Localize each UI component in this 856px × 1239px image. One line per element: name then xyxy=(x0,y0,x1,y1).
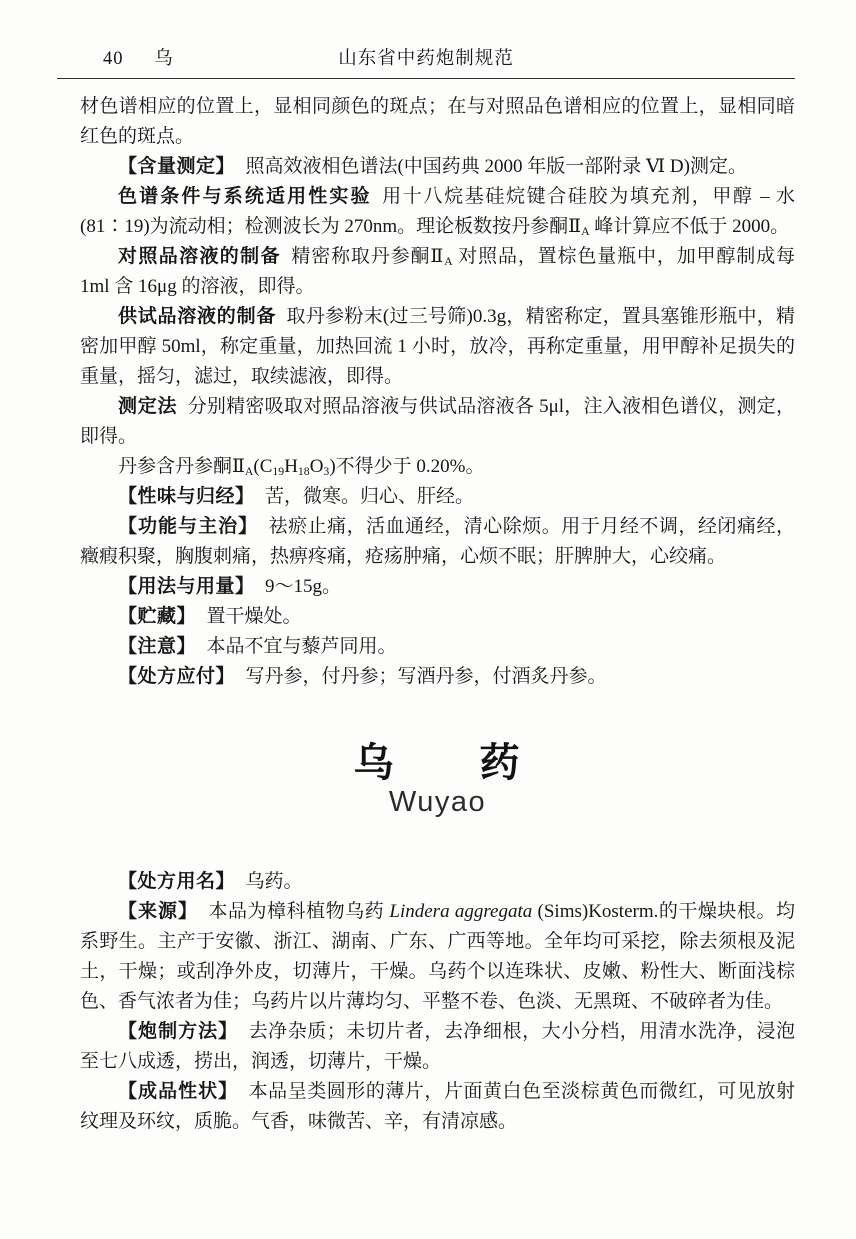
para-label: 【贮藏】 xyxy=(118,606,196,627)
para-text: 材色谱相应的位置上，显相同颜色的斑点；在与对照品色谱相应的位置上，显相同暗红色的… xyxy=(80,96,795,147)
book-title: 山东省中药炮制规范 xyxy=(57,48,795,70)
para-label: 【性味与归经】 xyxy=(118,486,255,507)
danshen-monograph-tail: 材色谱相应的位置上，显相同颜色的斑点；在与对照品色谱相应的位置上，显相同暗红色的… xyxy=(80,92,795,692)
para-text: 置干燥处。 xyxy=(206,606,301,627)
running-head: 山东省中药炮制规范 40 乌 xyxy=(57,48,795,79)
para-processing-method: 【炮制方法】去净杂质；未切片者，去净细根，大小分档，用清水洗净，浸泡至七八成透，… xyxy=(80,1017,795,1077)
para-label: 对照品溶液的制备 xyxy=(118,246,281,267)
para-reference-solution: 对照品溶液的制备精密称取丹参酮ⅡA 对照品，置棕色量瓶中，加甲醇制成每 1ml … xyxy=(80,242,795,302)
para-label: 【成品性状】 xyxy=(118,1081,238,1102)
para-prescription-dispensing: 【处方应付】写丹参，付丹参；写酒丹参，付酒炙丹参。 xyxy=(80,662,795,692)
para-chromatographic-conditions: 色谱条件与系统适用性实验用十八烷基硅烷键合硅胶为填充剂，甲醇 – 水(81∶19… xyxy=(80,182,795,242)
para-label: 【含量测定】 xyxy=(118,156,235,177)
para-text: 本品不宜与藜芦同用。 xyxy=(206,636,396,657)
para-test-solution: 供试品溶液的制备取丹参粉末(过三号筛)0.3g，精密称定，置具塞锥形瓶中，精密加… xyxy=(80,302,795,392)
para-label: 【用法与用量】 xyxy=(118,576,255,597)
para-content-determination: 【含量测定】照高效液相色谱法(中国药典 2000 年版一部附录 Ⅵ D)测定。 xyxy=(80,152,795,182)
para-label: 【注意】 xyxy=(118,636,196,657)
para-text: 写丹参，付丹参；写酒丹参，付酒炙丹参。 xyxy=(245,666,606,687)
para-label: 供试品溶液的制备 xyxy=(118,306,276,327)
para-product-characteristics: 【成品性状】本品呈类圆形的薄片，片面黄白色至淡棕黄色而微红，可见放射纹理及环纹，… xyxy=(80,1077,795,1137)
para-functions-indications: 【功能与主治】祛瘀止痛，活血通经，清心除烦。用于月经不调，经闭痛经，癥瘕积聚，胸… xyxy=(80,512,795,572)
para-assay-method: 测定法分别精密吸取对照品溶液与供试品溶液各 5μl，注入液相色谱仪，测定，即得。 xyxy=(80,392,795,452)
para-label: 测定法 xyxy=(118,396,177,417)
para-label: 【处方应付】 xyxy=(118,666,235,687)
wuyao-monograph: 【处方用名】乌药。 【来源】本品为樟科植物乌药 Lindera aggregat… xyxy=(80,867,795,1137)
para-dosage: 【用法与用量】9～15g。 xyxy=(80,572,795,602)
scanned-book-page: 山东省中药炮制规范 40 乌 材色谱相应的位置上，显相同颜色的斑点；在与对照品色… xyxy=(0,0,856,1239)
para-prescription-name: 【处方用名】乌药。 xyxy=(80,867,795,897)
para-caution: 【注意】本品不宜与藜芦同用。 xyxy=(80,632,795,662)
monograph-title-chinese: 乌 药 xyxy=(80,748,795,778)
page-body: 材色谱相应的位置上，显相同颜色的斑点；在与对照品色谱相应的位置上，显相同暗红色的… xyxy=(0,79,856,1137)
para-label: 【炮制方法】 xyxy=(118,1021,238,1042)
para-label: 色谱条件与系统适用性实验 xyxy=(118,186,372,207)
para-text: 9～15g。 xyxy=(265,576,341,597)
monograph-title-block: 乌 药 Wuyao xyxy=(80,748,795,817)
para-text: 分别精密吸取对照品溶液与供试品溶液各 5μl，注入液相色谱仪，测定，即得。 xyxy=(80,396,795,447)
para-content-limit: 丹参含丹参酮ⅡA(C19H18O3)不得少于 0.20%。 xyxy=(80,452,795,482)
para-text: 苦，微寒。归心、肝经。 xyxy=(265,486,474,507)
para-label: 【功能与主治】 xyxy=(118,516,258,537)
monograph-title-pinyin: Wuyao xyxy=(80,787,795,817)
para-text: 丹参含丹参酮ⅡA(C19H18O3)不得少于 0.20%。 xyxy=(118,456,484,477)
para-text: 乌药。 xyxy=(245,871,302,892)
para-label: 【处方用名】 xyxy=(118,871,235,892)
para-label: 【来源】 xyxy=(118,901,198,922)
para-storage: 【贮藏】置干燥处。 xyxy=(80,602,795,632)
para-taste-meridian: 【性味与归经】苦，微寒。归心、肝经。 xyxy=(80,482,795,512)
para-continuation: 材色谱相应的位置上，显相同颜色的斑点；在与对照品色谱相应的位置上，显相同暗红色的… xyxy=(80,92,795,152)
para-source: 【来源】本品为樟科植物乌药 Lindera aggregata (Sims)Ko… xyxy=(80,897,795,1017)
para-text: 照高效液相色谱法(中国药典 2000 年版一部附录 Ⅵ D)测定。 xyxy=(245,156,747,177)
